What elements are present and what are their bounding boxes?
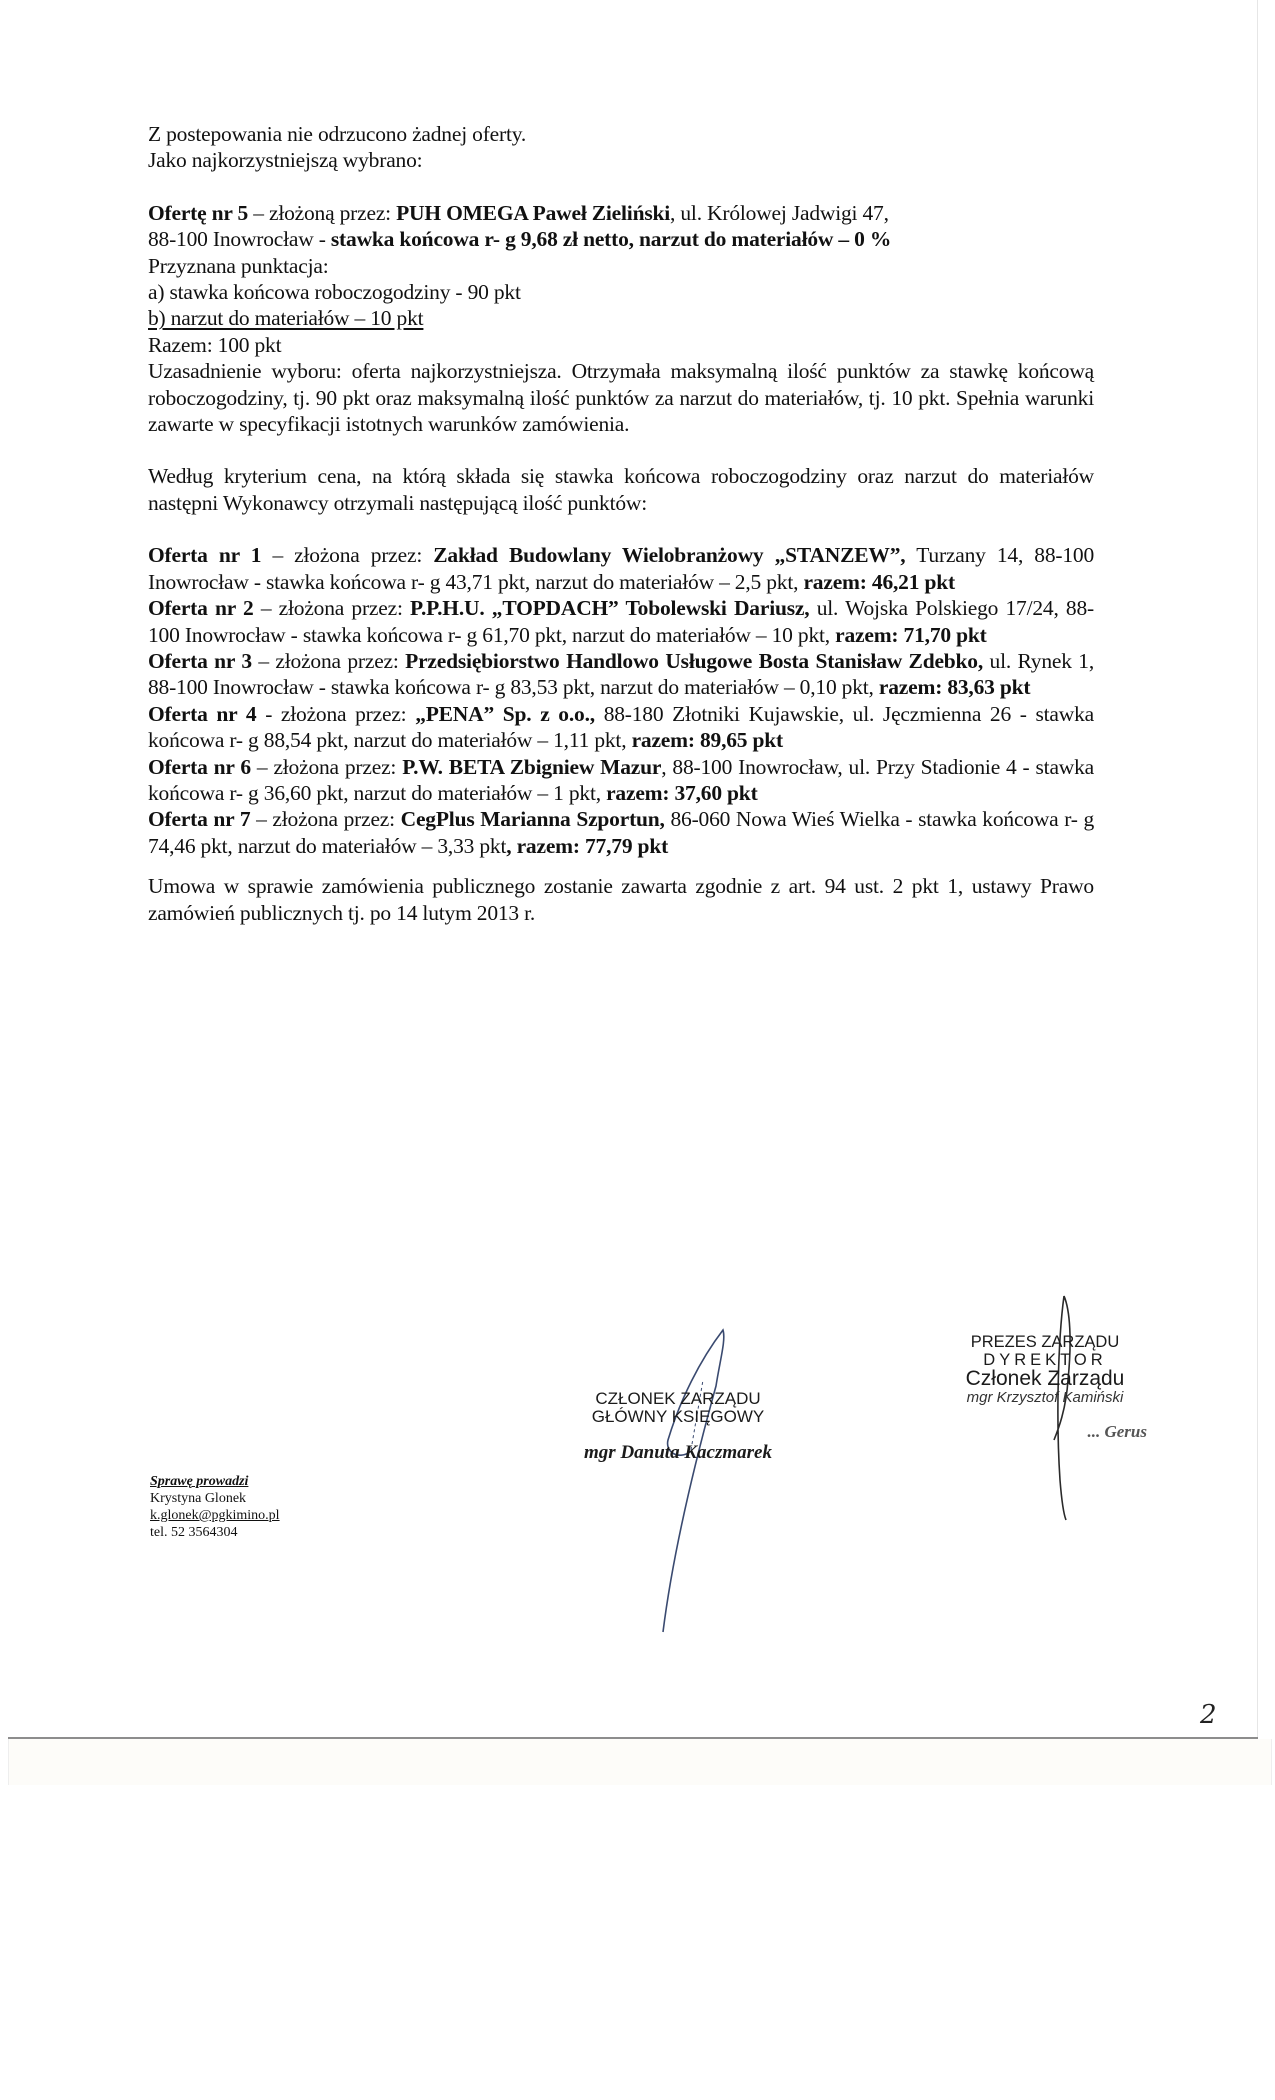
accountant-name: mgr Danuta Kaczmarek — [578, 1444, 778, 1462]
president-stamp: PREZES ZARZĄDU DYREKTOR Członek Zarządu … — [935, 1333, 1155, 1441]
document-page: Z postepowania nie odrzucono żadnej ofer… — [0, 0, 1275, 2100]
page-number: 2 — [1200, 1700, 1217, 1730]
contact-header: Sprawę prowadzi — [150, 1473, 280, 1490]
next-page-strip — [8, 1739, 1272, 1785]
contact-name: Krystyna Glonek — [150, 1490, 280, 1507]
contact-info: Sprawę prowadzi Krystyna Glonek k.glonek… — [150, 1473, 280, 1541]
contact-email-link[interactable]: k.glonek@pgkimino.pl — [150, 1507, 280, 1524]
accountant-stamp: CZŁONEK ZARZĄDU GŁÓWNY KSIĘGOWY mgr Danu… — [578, 1390, 778, 1462]
page-edge — [1257, 0, 1258, 1737]
contact-phone: tel. 52 3564304 — [150, 1524, 280, 1541]
